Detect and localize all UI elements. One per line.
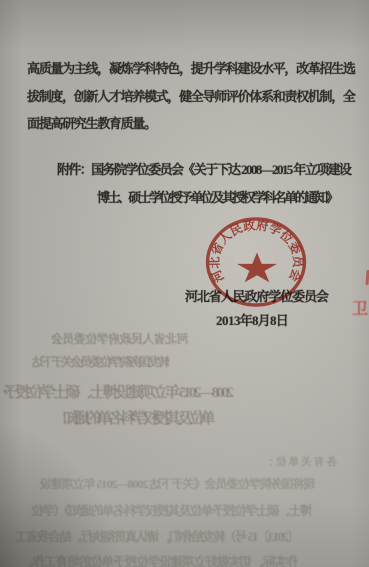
attachment-line: 附件：国务院学位委员会《关于下达 2008—2015 年立项建设 [57,159,350,178]
bleedthrough-body-line: 〔2013〕15 号）转发给你们，请认真贯彻执行。结合我省工 [8,527,308,545]
bleedthrough-title-line: 河北省人民政府学位委员会 [50,330,190,347]
body-paragraph-line: 拔制度，创新人才培养模式，健全导师评价体系和责权机制，全 [27,86,355,105]
edge-seal-stroke [365,270,369,285]
bleedthrough-body-line: 作实际，切实做好立项建设学位授予单位的培育工作。 [20,552,300,567]
bleedthrough-title-line: 2008—2015 年立项建设博士、硕士学位授予 [16,381,234,402]
bleedthrough-salutation: 各有关单位： [256,454,342,469]
bleedthrough-title-line: 单位及其授权学科名单的通知 [66,407,216,428]
bleedthrough-body-line: 博士、硕士学位授予单位及其授权学科名单的通知》（学位 [5,501,340,519]
body-paragraph-line: 高质量为主线，凝炼学科特色，提升学科建设水平，改革招生选 [27,58,355,77]
official-seal: 河北省人民政府学位委员会 [181,187,331,337]
bleedthrough-body-line: 现将国务院学位委员会《关于下达 2008—2015 年立项建设 [8,475,348,492]
seal-star-icon [237,253,277,283]
edge-seal-fragment: 卫 [352,296,368,319]
document-photo: 河北省人民政府学位委员会 转发国务院学位委员会关于下达 2008—2015 年立… [0,0,369,567]
bleedthrough-title-line: 转发国务院学位委员会关于下达 [34,353,170,370]
body-paragraph-line: 面提高研究生教育质量。 [27,113,156,132]
